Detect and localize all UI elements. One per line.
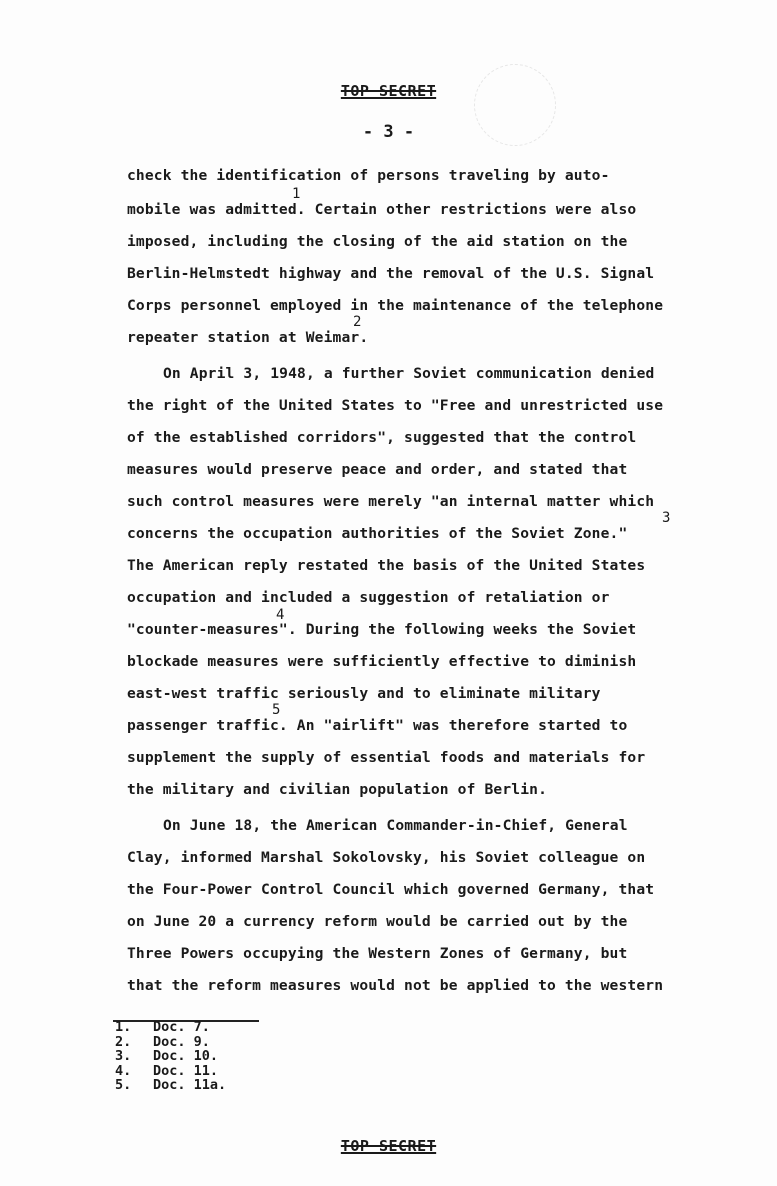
body-line: mobile was admitted. Certain other restr… — [127, 201, 636, 218]
body-line: such control measures were merely "an in… — [127, 493, 654, 510]
footnote-item: 2.Doc. 9. — [115, 1035, 226, 1050]
body-line: imposed, including the closing of the ai… — [127, 233, 627, 250]
footnote-marker: 1 — [292, 186, 300, 202]
page-number: - 3 - — [0, 122, 777, 142]
body-line: that the reform measures would not be ap… — [127, 977, 663, 994]
footer-classification: TOP SECRET — [0, 1137, 777, 1155]
header-classification: TOP SECRET — [0, 82, 777, 100]
body-line: occupation and included a suggestion of … — [127, 589, 610, 606]
body-line: of the established corridors", suggested… — [127, 429, 636, 446]
body-line: the Four-Power Control Council which gov… — [127, 881, 654, 898]
body-line: the military and civilian population of … — [127, 781, 547, 798]
footnote-marker: 4 — [276, 607, 284, 623]
body-line: measures would preserve peace and order,… — [127, 461, 627, 478]
body-line: concerns the occupation authorities of t… — [127, 525, 627, 542]
footnote-item: 5.Doc. 11a. — [115, 1078, 226, 1093]
classification-text: TOP SECRET — [341, 82, 436, 100]
footnote-number: 3. — [115, 1049, 153, 1064]
footnote-marker: 3 — [662, 510, 670, 526]
body-line: the right of the United States to "Free … — [127, 397, 663, 414]
footnotes-list: 1.Doc. 7.2.Doc. 9.3.Doc. 10.4.Doc. 11.5.… — [115, 1020, 226, 1093]
body-line: On April 3, 1948, a further Soviet commu… — [163, 365, 655, 382]
footnote-number: 4. — [115, 1064, 153, 1079]
body-line: On June 18, the American Commander-in-Ch… — [163, 817, 628, 834]
body-line: Berlin-Helmstedt highway and the removal… — [127, 265, 654, 282]
body-line: blockade measures were sufficiently effe… — [127, 653, 636, 670]
footnote-marker: 5 — [272, 702, 280, 718]
body-line: Clay, informed Marshal Sokolovsky, his S… — [127, 849, 645, 866]
footnote-number: 1. — [115, 1020, 153, 1035]
footnote-item: 4.Doc. 11. — [115, 1064, 226, 1079]
body-line: "counter-measures". During the following… — [127, 621, 636, 638]
body-line: east-west traffic seriously and to elimi… — [127, 685, 601, 702]
body-line: Corps personnel employed in the maintena… — [127, 297, 663, 314]
classification-text: TOP SECRET — [341, 1137, 436, 1155]
body-line: Three Powers occupying the Western Zones… — [127, 945, 627, 962]
footnote-item: 1.Doc. 7. — [115, 1020, 226, 1035]
body-line: repeater station at Weimar. — [127, 329, 368, 346]
body-line: check the identification of persons trav… — [127, 167, 610, 184]
footnote-item: 3.Doc. 10. — [115, 1049, 226, 1064]
body-line: supplement the supply of essential foods… — [127, 749, 645, 766]
footnote-number: 2. — [115, 1035, 153, 1050]
body-line: The American reply restated the basis of… — [127, 557, 645, 574]
body-line: passenger traffic. An "airlift" was ther… — [127, 717, 627, 734]
body-line: on June 20 a currency reform would be ca… — [127, 913, 627, 930]
footnote-text: Doc. 11a. — [153, 1077, 226, 1093]
footnote-number: 5. — [115, 1078, 153, 1093]
footnote-marker: 2 — [353, 314, 361, 330]
document-page: TOP SECRET - 3 - check the identificatio… — [0, 0, 777, 1186]
